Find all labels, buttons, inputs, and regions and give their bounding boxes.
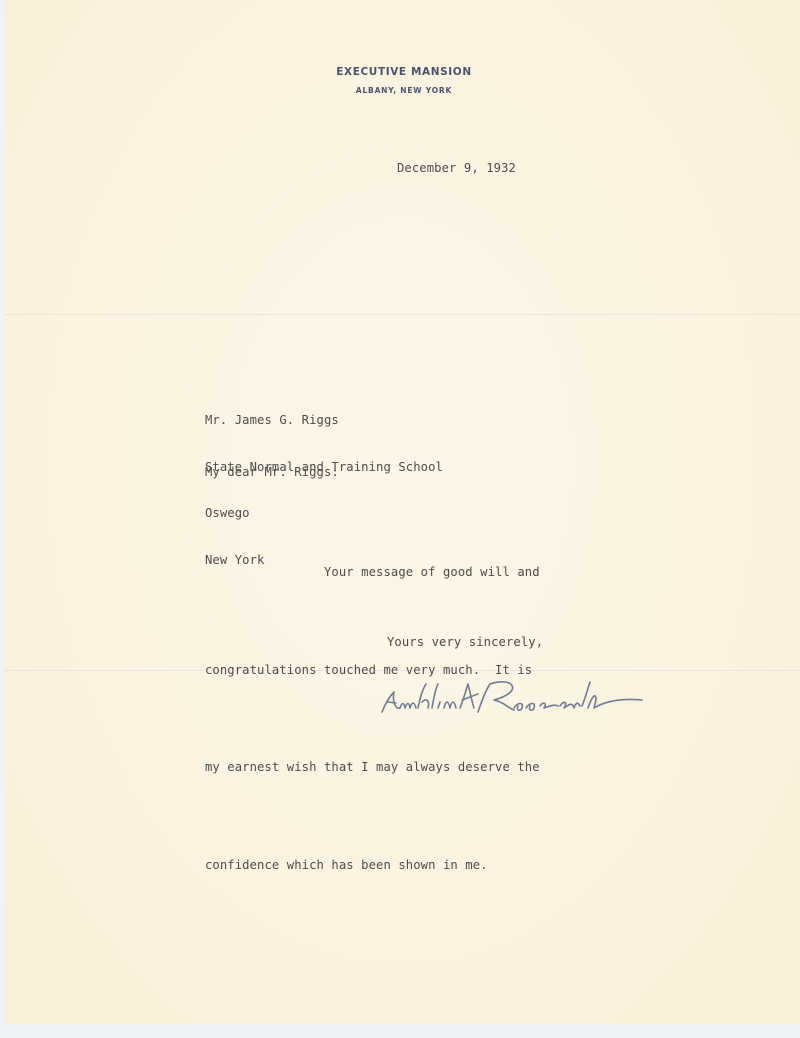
letter-page: EXECUTIVE MANSION ALBANY, NEW YORK Decem… (4, 0, 800, 1024)
letter-date: December 9, 1932 (397, 161, 516, 175)
address-line: Mr. James G. Riggs (205, 413, 443, 429)
signature: Franklin D. Roosevelt (374, 672, 649, 722)
body-line: my earnest wish that I may always deserv… (205, 751, 540, 784)
letterhead-location: ALBANY, NEW YORK (4, 86, 800, 95)
body-line: Your message of good will and (205, 556, 540, 589)
salutation: My dear Mr. Riggs: (205, 465, 339, 479)
closing: Yours very sincerely, (387, 635, 543, 649)
letterhead-title: EXECUTIVE MANSION (4, 66, 800, 78)
body-line: confidence which has been shown in me. (205, 849, 540, 882)
fold-line (4, 314, 800, 316)
